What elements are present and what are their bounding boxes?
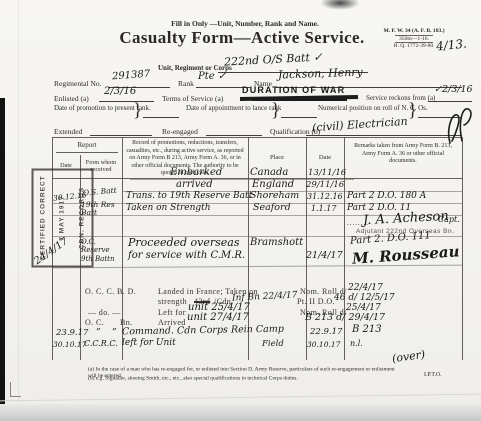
adjutant-rank: Capt. [438,215,460,224]
header-place: Place [248,154,306,162]
row-taken-date: 1.1.17 [311,204,336,213]
extended-blank [90,135,152,136]
row-arrived-record: arrived [176,179,213,190]
row-embarked-date: 13/11/16 [308,168,346,178]
hwrow5-ditto-2: ” [112,328,117,338]
typed2-right-label: Pt. II D.O. [297,297,335,306]
extended-label: Extended [54,127,82,136]
typed4-hw: unit 27/4/17 [187,312,249,323]
hwrow5-ditto-1: ” [96,328,101,338]
signature-flourish [428,103,476,145]
service-underline [428,101,472,102]
appointment-brace: } [271,100,280,122]
hwrow6-date2: 30.10.17 [307,340,340,349]
reengaged-blank [206,135,262,136]
numerical-label: Numerical position on roll of N. C. Os. [318,104,406,112]
form-title: Casualty Form—Active Service. [92,28,392,48]
stamp-line-3: CDN. RECORDS [78,187,85,249]
printer-mark: I.P.T.O. [424,372,442,378]
corner-bracket-mark [10,382,21,397]
promotion-blank [143,117,179,118]
typed4-from: O. C. [85,318,104,327]
promotion-label: Date of promotion to present rank. [54,104,132,112]
row-overseas-date: 21/4/17 [306,250,343,261]
hwrow6-place: Field [262,339,284,349]
scan-background-edge [0,404,481,421]
service-reckons-label: Service reckons from (a) [366,94,435,102]
appointment-blank [281,117,317,118]
row-arrived-date: 29/11/16 [306,180,344,190]
typed3-text: Left for [158,308,186,317]
hwrow5-date2: 22.9.17 [310,327,342,337]
service-reckons-value: ✓2/3/16 [434,84,473,95]
row-overseas-record-1: Proceeded overseas [128,236,240,249]
hwrow6-remarks: n.l. [350,339,363,348]
typed2-text: strength [158,297,187,306]
row-taken-record: Taken on Strength [126,203,211,213]
row-arrived-place: England [252,179,294,190]
row-overseas-place: Bramshott [250,237,303,248]
scanned-casualty-form: Fill in Only —Unit, Number, Rank and Nam… [0,0,481,421]
fill-in-instruction: Fill in Only —Unit, Number, Rank and Nam… [125,19,365,28]
rank-value: Pte ✓ [198,71,226,82]
typed1-right-value: 22/4/17 [348,283,383,293]
footnote-b: (b) e.g. Signaller, shoeing Smith, etc.,… [88,376,364,382]
reengaged-label: Re-engaged [162,127,198,136]
paper-fold-line [18,0,19,404]
row-transfer-date: 31.12.16 [307,192,343,201]
row-overseas-record-2: for service with C.M.R. [128,250,245,261]
scan-left-edge [0,98,5,404]
form-code-2: 350m—1-16. [395,35,433,44]
duration-of-war-stamp: DURATION OF WAR [242,85,345,95]
hwrow5-remarks: B 213 [352,324,382,335]
header-remarks: Remarks taken from Army Form B. 213, Arm… [348,143,458,166]
row-transfer-remarks: Part 2 D.O. 180 A [347,191,426,201]
hwrow6-record: left for Unit [122,338,176,348]
typed2-right-value: 46 d/ 12/5/17 [334,293,395,303]
header-date-2: Date [306,154,344,162]
regimental-no-label: Regimental No. [54,79,102,88]
row-embarked-place: Canada [250,167,288,178]
hwrow5-date: 23.9.17 [56,328,88,338]
typed4-right-value: B 213 d/ 29/4/17 [305,312,385,323]
appointment-label: Date of appointment to lance rank [186,104,270,112]
enlisted-value: 2/3/16 [104,86,136,97]
rank-label: Rank [178,79,194,88]
row-transfer-record: Trans. to 19th Reserve Batt [126,191,252,201]
row-taken-place: Seaford [253,202,291,213]
numerical-brace: } [408,100,417,122]
terms-struck-bar-2 [252,99,347,101]
hwrow6-date: 30.10.17 [53,340,86,349]
typed3-from: — do. — [88,308,121,317]
header-report: Report [52,141,122,149]
stamp-line-2: 7 MAY 1917 [59,195,66,240]
enlisted-label: Enlisted (a) [54,94,89,103]
enlisted-underline [99,101,154,102]
terms-label: Terms of Service (a) [162,94,223,103]
row-transfer-place: Shoreham [250,190,299,201]
hwrow6-from: C.C.R.C. [84,339,118,348]
row-embarked-record: Embarked [170,167,222,178]
typed1-from: O. C. C. B. D. [85,287,136,296]
promotion-brace: } [133,100,142,122]
form-code-1: M. F. W. 34 (A. F. B. 183.) [366,28,462,35]
ink-smudge [320,0,360,10]
